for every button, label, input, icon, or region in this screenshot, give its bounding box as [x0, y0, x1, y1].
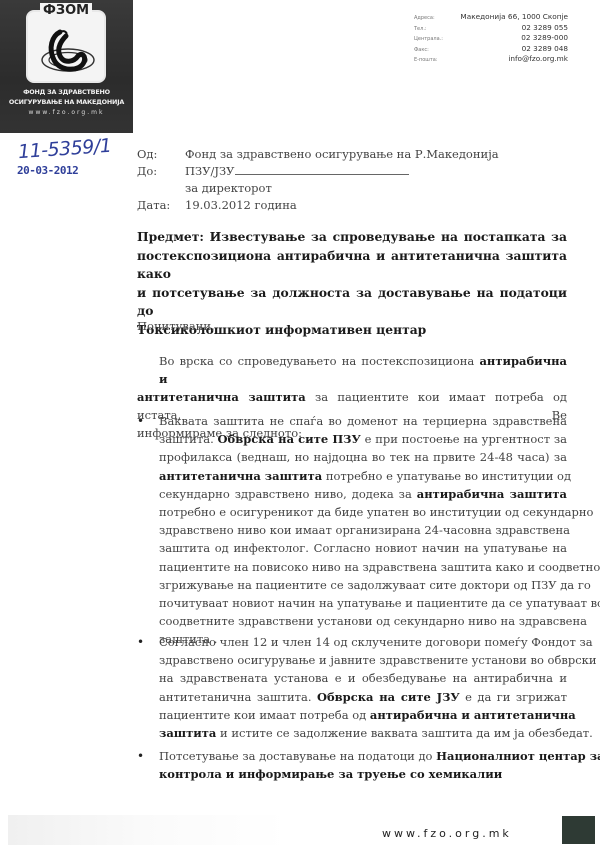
bullet-line: Потсетување за доставување на податоци д… [159, 747, 567, 765]
text-run: пациентите кои имаат потреба од [159, 708, 370, 722]
subject-line: постекспозициона антирабична и антитетан… [137, 247, 567, 284]
contact-block: Адреса: Македонија 66, 1000 Скопје Тел.:… [414, 12, 568, 65]
text-run: Во врска со спроведувањето на постекспоз… [159, 354, 479, 368]
scan-artifact [8, 815, 288, 845]
bold-run: заштита [159, 726, 216, 740]
recipient-blank-line [235, 165, 409, 175]
meta-date: Дата: 19.03.2012 година [137, 198, 499, 215]
to-attention: за директорот [185, 181, 272, 195]
bullet-line: заштита и истите се задолжение ваквата з… [159, 724, 567, 742]
text-run: секундарно здравствено ниво, додека за [159, 487, 417, 501]
text-run: заштита. [159, 432, 218, 446]
bullet-item-2: • Согласно член 12 и член 14 од склучени… [137, 633, 567, 742]
contact-row-switchboard: Централа.: 02 3289-000 [414, 33, 568, 44]
logo-abbreviation: ФЗОМ [40, 3, 92, 18]
letter-meta: Од: Фонд за здравствено осигурување на Р… [137, 147, 499, 215]
bullet-line: здравствено ниво кои имаат организирана … [159, 521, 567, 539]
footer-website: www.fzo.org.mk [382, 827, 512, 840]
bullet-line: Согласно член 12 и член 14 од склучените… [159, 633, 567, 651]
bullet-line: почитуваат новиот начин на упатување и п… [159, 594, 567, 612]
bold-run: Обврска на сите ЈЗУ [317, 690, 460, 704]
contact-row-phone: Тел.: 02 3289 055 [414, 23, 568, 34]
logo-website: www.fzo.org.mk [0, 109, 133, 116]
registry-date-stamp: 20-03-2012 [17, 164, 78, 177]
bullet-dot-icon: • [137, 633, 157, 651]
bullet-line: згрижување на пациентите се задолжуваат … [159, 576, 567, 594]
bullet-line: здравствено осигурување и јавните здравс… [159, 651, 567, 669]
bullet-item-3: • Потсетување за доставување на податоци… [137, 747, 567, 783]
bold-run: антирабична заштита [417, 487, 567, 501]
org-name-line1: ФОНД ЗА ЗДРАВСТВЕНО [0, 88, 133, 96]
text-run: е при постоење на ургентност за [361, 432, 567, 446]
text-run: почитуваат новиот начин на упатување и п… [159, 596, 600, 610]
text-run: потребно е осигуреникот да биде упатен в… [159, 505, 593, 519]
contact-value: 02 3289 055 [522, 23, 568, 32]
bullet-line: пациентите на повисоко ниво на здравстве… [159, 558, 567, 576]
contact-label: Тел.: [414, 26, 427, 32]
contact-label: Адреса: [414, 15, 435, 21]
contact-row-address: Адреса: Македонија 66, 1000 Скопје [414, 12, 568, 23]
bold-run: антирабична и антитетанична [370, 708, 576, 722]
bullet-line: антитетанична заштита. Обврска на сите Ј… [159, 688, 567, 706]
text-run: соодветните здравствени установи од секу… [159, 614, 587, 628]
bold-run: Националниот центар за [436, 749, 600, 763]
text-run: потребно е упатување во институции од [322, 469, 571, 483]
bullet-line: антитетанична заштита потребно е упатува… [159, 467, 567, 485]
text-run: згрижување на пациентите се задолжуваат … [159, 578, 591, 592]
contact-value: info@fzo.org.mk [508, 54, 568, 63]
greeting: Почитувани, [137, 319, 215, 333]
bullet-item-1: • Ваквата заштита не спаѓа во доменот на… [137, 412, 567, 649]
logo-emblem-box: ФЗОМ [26, 10, 106, 83]
meta-from: Од: Фонд за здравствено осигурување на Р… [137, 147, 499, 164]
bullet-dot-icon: • [137, 412, 157, 430]
bullet-body: Потсетување за доставување на податоци д… [159, 747, 567, 783]
date-value: 19.03.2012 година [185, 198, 297, 212]
logo-drop-icon [38, 26, 98, 78]
bullet-line: потребно е осигуреникот да биде упатен в… [159, 503, 567, 521]
bullet-line: заштита. Обврска на сите ПЗУ е при посто… [159, 430, 567, 448]
bullet-line: профилакса (веднаш, но најдоцна во тек н… [159, 448, 567, 466]
text-run: здравствено осигурување и јавните здравс… [159, 653, 597, 667]
contact-row-fax: Факс: 02 3289 048 [414, 44, 568, 55]
contact-label: E-пошта: [414, 57, 438, 63]
contact-row-email: E-пошта: info@fzo.org.mk [414, 54, 568, 65]
contact-value: 02 3289-000 [521, 33, 568, 42]
bullet-dot-icon: • [137, 747, 157, 765]
subject-line: и потсетување за должноста за доставувањ… [137, 284, 567, 321]
meta-to-line2: за директорот [137, 181, 499, 198]
text-run: пациентите на повисоко ниво на здравстве… [159, 560, 600, 574]
registry-number-handwritten: 11-5359/1 [17, 135, 112, 163]
footer-decor-square [562, 816, 595, 844]
date-label: Дата: [137, 198, 185, 212]
bullet-body: Согласно член 12 и член 14 од склучените… [159, 633, 567, 742]
letterhead-logo-block: ФЗОМ ФОНД ЗА ЗДРАВСТВЕНО ОСИГУРУВАЊЕ НА … [0, 0, 133, 133]
bullet-line: секундарно здравствено ниво, додека за а… [159, 485, 567, 503]
bullet-line: на здравствената установа е и обезбедува… [159, 669, 567, 687]
meta-to: До: ПЗУ/ЈЗУ [137, 164, 499, 181]
bold-run: контрола и информирање за труење со хеми… [159, 767, 502, 781]
to-label: До: [137, 164, 185, 178]
bullet-line: Ваквата заштита не спаѓа во доменот на т… [159, 412, 567, 430]
bold-run: Обврска на сите ПЗУ [218, 432, 361, 446]
bullet-line: контрола и информирање за труење со хеми… [159, 765, 567, 783]
text-run: и истите се задолжение ваквата заштита д… [216, 726, 592, 740]
bold-run: антитетанична заштита [137, 390, 306, 404]
text-run: профилакса (веднаш, но најдоцна во тек н… [159, 450, 567, 464]
contact-label: Факс: [414, 47, 429, 53]
text-run: Согласно член 12 и член 14 од склучените… [159, 635, 593, 649]
bullet-line: пациентите кои имаат потреба од антираби… [159, 706, 567, 724]
bullet-line: соодветните здравствени установи од секу… [159, 612, 567, 630]
from-value: Фонд за здравствено осигурување на Р.Мак… [185, 147, 499, 161]
text-run: антитетанична заштита. [159, 690, 317, 704]
text-run: е да ги згрижат [460, 690, 567, 704]
text-run: на здравствената установа е и обезбедува… [159, 671, 567, 685]
bold-run: антитетанична заштита [159, 469, 322, 483]
contact-label: Централа.: [414, 36, 443, 42]
text-run: Ваквата заштита не спаѓа во доменот на т… [159, 414, 567, 428]
text-run: Потсетување за доставување на податоци д… [159, 749, 436, 763]
contact-value: 02 3289 048 [522, 44, 568, 53]
to-value: ПЗУ/ЈЗУ [185, 164, 234, 178]
contact-value: Македонија 66, 1000 Скопје [460, 12, 568, 21]
bullet-line: заштита од инфектолог. Согласно новиот н… [159, 539, 567, 557]
from-label: Од: [137, 147, 185, 161]
org-name-line2: ОСИГУРУВАЊЕ НА МАКЕДОНИЈА [0, 98, 133, 106]
text-run: заштита од инфектолог. Согласно новиот н… [159, 541, 567, 555]
text-run: здравствено ниво кои имаат организирана … [159, 523, 570, 537]
subject-line: Предмет: Известување за спроведување на … [137, 228, 567, 247]
bullet-body: Ваквата заштита не спаѓа во доменот на т… [159, 412, 567, 649]
